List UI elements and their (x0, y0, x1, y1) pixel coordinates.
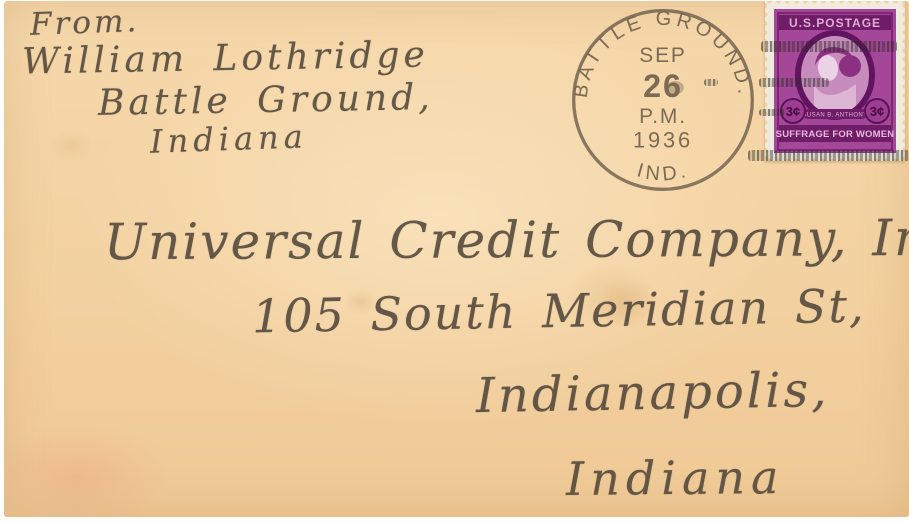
recipient-street: 105 South Meridian St, (252, 279, 866, 344)
cancellation-bar (748, 150, 909, 161)
recipient-company: Universal Credit Company, Inc; (104, 209, 909, 272)
cancellation-bar (759, 78, 829, 87)
paper-stain (48, 129, 94, 163)
return-address-name: William Lothridge (22, 34, 429, 82)
cancellation-bar (761, 41, 897, 52)
recipient-city: Indianapolis, (476, 362, 830, 424)
stamp-denomination-left: 3¢ (786, 104, 800, 119)
return-address-state: Indiana (149, 117, 308, 160)
postmark-year: 1936 (633, 128, 693, 153)
postmark: BATTLE GROUND. IND. SEP 26 P.M. 1936 (568, 5, 758, 195)
cancellation-bar (759, 109, 785, 116)
postmark-day: 26 (643, 68, 683, 104)
return-address-from-label: From. (29, 3, 139, 43)
recipient-state: Indiana (566, 450, 785, 506)
envelope-scan: From. William Lothridge Battle Ground, I… (0, 0, 909, 522)
postmark-meridiem: P.M. (639, 105, 687, 128)
stamp-header: U.S.POSTAGE (789, 16, 881, 30)
return-address-town: Battle Ground, (98, 77, 434, 124)
stamp-denomination-right: 3¢ (870, 104, 884, 119)
postmark-state: IND. (634, 160, 691, 186)
cancellation-bar (704, 79, 718, 86)
stamp-slogan: SUFFRAGE FOR WOMEN (776, 129, 895, 140)
postmark-month: SEP (639, 44, 687, 67)
envelope: From. William Lothridge Battle Ground, I… (4, 1, 909, 517)
stamp-subject: SUSAN B. ANTHONY (802, 113, 867, 119)
